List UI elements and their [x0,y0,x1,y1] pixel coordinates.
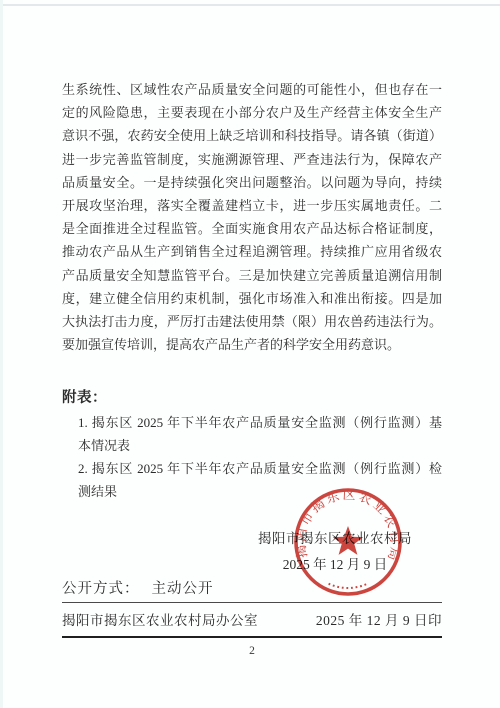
publicity-value: 主动公开 [152,581,214,597]
body-line: 意识不强，农药安全使用上缺乏培训和科技指导。请各镇（街道） [62,124,442,147]
signature-date: 2025 年 12 月 9 日 [258,558,412,572]
scan-edge-top [0,4,500,6]
attachment-item-line: 2. 揭东区 2025 年下半年农产品质量安全监测（例行监测）检 [62,457,442,480]
page-number: 2 [62,645,442,657]
body-line: 开展攻坚治理，落实全覆盖建档立卡，进一步压实属地责任。二 [62,194,442,217]
body-line: 度，建立健全信用约束机制，强化市场准入和准出衔接。四是加 [62,287,442,310]
attachments-section: 附表： 1. 揭东区 2025 年下半年农产品质量安全监测（例行监测）基 本情况… [62,387,442,503]
publicity-row: 公开方式：主动公开 [62,580,442,603]
print-date: 2025 年 12 月 9 日印 [316,612,442,630]
publicity-label: 公开方式： [62,581,140,597]
body-line: 生系统性、区域性农产品质量安全问题的可能性小，但也存在一 [62,78,442,101]
issuing-office: 揭阳市揭东区农业农村局办公室 [62,612,258,630]
body-line: 大执法打击力度，严厉打击建法使用禁（限）用农兽药违法行为。 [62,310,442,333]
body-line: 产品质量安全知慧监管平台。三是加快建立完善质量追溯信用制 [62,264,442,287]
body-line: 品质量安全。一是持续强化突出问题整治。以问题为导向，持续 [62,171,442,194]
scan-edge-left [0,0,3,708]
attachments-heading: 附表： [62,387,442,410]
body-line: 进一步完善监管制度，实施溯源管理、严查违法行为，保障农产 [62,148,442,171]
signature-issuer: 揭阳市揭东区农业农村局 [258,532,412,546]
document-content: 生系统性、区域性农产品质量安全问题的可能性小，但也存在一 定的风险隐患，主要表现… [62,78,442,657]
signature-block: 揭阳市揭东区农业农村局 2025 年 12 月 9 日 [258,532,412,572]
attachment-item-line: 测结果 [62,480,442,503]
imprint-row: 揭阳市揭东区农业农村局办公室 2025 年 12 月 9 日印 [62,612,442,638]
body-paragraph: 生系统性、区域性农产品质量安全问题的可能性小，但也存在一 定的风险隐患，主要表现… [62,78,442,356]
body-line: 定的风险隐患，主要表现在小部分农户及生产经营主体安全生产 [62,101,442,124]
attachment-item-line: 1. 揭东区 2025 年下半年农产品质量安全监测（例行监测）基 [62,411,442,434]
body-line: 要加强宣传培训，提高农产品生产者的科学安全用药意识。 [62,333,442,356]
body-line: 是全面推进全过程监管。全面实施食用农产品达标合格证制度， [62,217,442,240]
body-line: 推动农产品从生产到销售全过程追溯管理。持续推广应用省级农 [62,240,442,263]
attachment-item-line: 本情况表 [62,434,442,457]
document-page: 生系统性、区域性农产品质量安全问题的可能性小，但也存在一 定的风险隐患，主要表现… [0,0,500,708]
